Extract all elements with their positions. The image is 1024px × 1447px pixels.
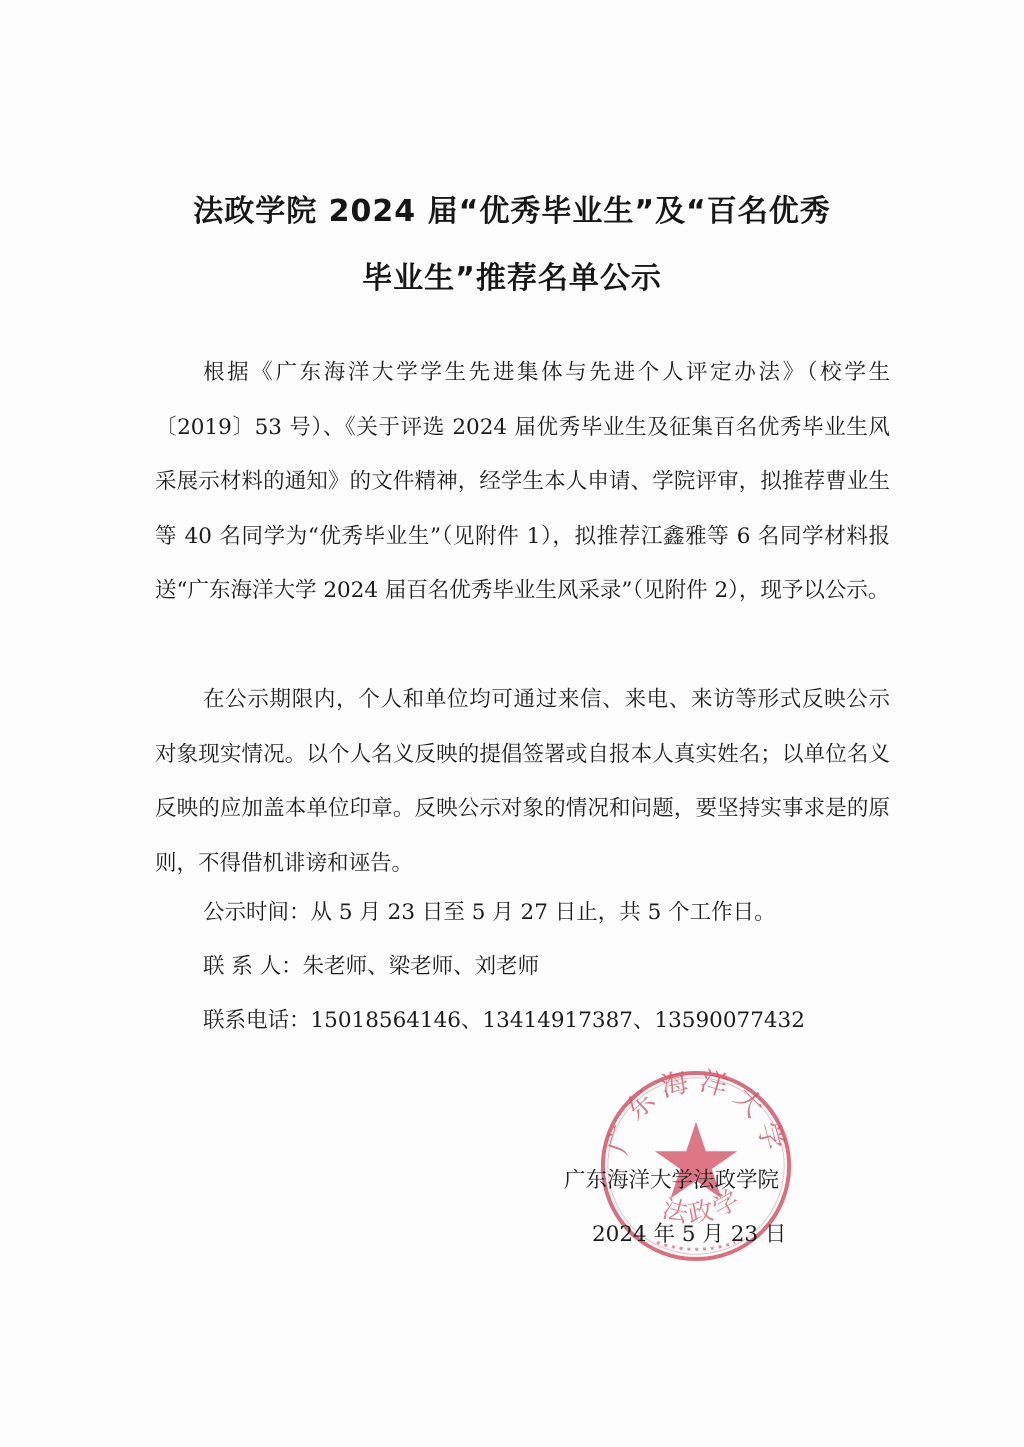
document-page: 法政学院 2024 届“优秀毕业生”及“百名优秀 毕业生”推荐名单公示 根据《广…: [0, 0, 1024, 1447]
body-paragraph-feedback: 在公示期限内，个人和单位均可通过来信、来电、来访等形式反映公示对象现实情况。以个…: [155, 673, 890, 891]
publicity-time: 公示时间：从 5 月 23 日至 5 月 27 日止，共 5 个工作日。: [203, 898, 776, 928]
body-paragraph-basis: 根据《广东海洋大学学生先进集体与先进个人评定办法》（校学生〔2019〕53 号）…: [155, 346, 890, 619]
signature-organization: 广东海洋大学法政学院: [564, 1166, 779, 1196]
document-title-line-1: 法政学院 2024 届“优秀毕业生”及“百名优秀: [0, 186, 1024, 230]
signature-date: 2024 年 5 月 23 日: [592, 1220, 786, 1250]
document-title-line-2: 毕业生”推荐名单公示: [0, 253, 1024, 297]
contact-phones: 联系电话：15018564146、13414917387、13590077432: [203, 1006, 805, 1036]
contact-persons: 联 系 人：朱老师、梁老师、刘老师: [203, 952, 539, 982]
